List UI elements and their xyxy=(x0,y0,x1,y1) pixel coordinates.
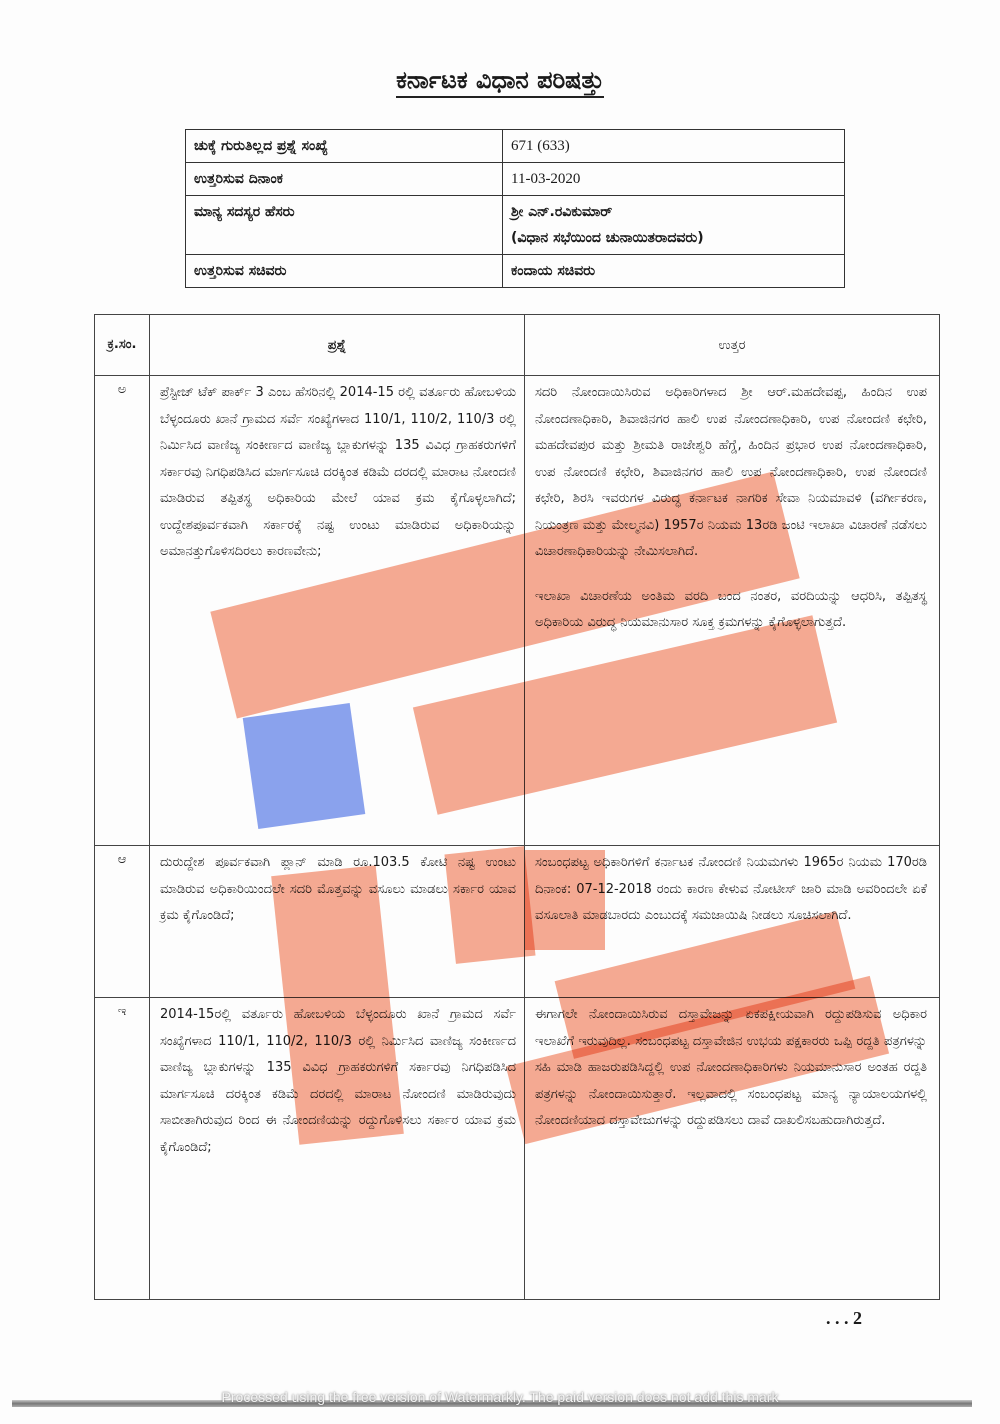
row-answer: ಸದರಿ ನೋಂದಾಯಿಸಿರುವ ಅಧಿಕಾರಿಗಳಾದ ಶ್ರೀ ಆರ್.ಮ… xyxy=(525,376,940,846)
page-continuation: . . . 2 xyxy=(826,1308,862,1329)
row-answer: ಸಂಬಂಧಪಟ್ಟ ಅಧಿಕಾರಿಗಳಿಗೆ ಕರ್ನಾಟಕ ನೋಂದಣಿ ನಿ… xyxy=(525,846,940,998)
table-header-row: ಕ್ರ.ಸಂ. ಪ್ರಶ್ನೆ ಉತ್ತರ xyxy=(95,315,940,376)
row-answer: ಈಗಾಗಲೇ ನೋಂದಾಯಿಸಿರುವ ದಸ್ತಾವೇಜನ್ನು ಏಕಪಕ್ಷೀ… xyxy=(525,998,940,1300)
header-answer: ಉತ್ತರ xyxy=(525,315,940,376)
row-serial: ಇ xyxy=(95,998,150,1300)
watermark-text: Processed using the free version of Wate… xyxy=(0,1389,1000,1405)
row-question: 2014-15ರಲ್ಲಿ ವರ್ತೂರು ಹೋಬಳಿಯ ಬೆಳ್ಳಂದೂರು ಖ… xyxy=(150,998,525,1300)
member-constituency: (ವಿಧಾನ ಸಭೆಯಿಂದ ಚುನಾಯಿತರಾದವರು) xyxy=(511,225,836,251)
answer-paragraph: ಸದರಿ ನೋಂದಾಯಿಸಿರುವ ಅಧಿಕಾರಿಗಳಾದ ಶ್ರೀ ಆರ್.ಮ… xyxy=(535,380,927,566)
meta-label: ಉತ್ತರಿಸುವ ದಿನಾಂಕ xyxy=(186,163,503,196)
meta-value: ಶ್ರೀ ಎನ್.ರವಿಕುಮಾರ್ (ವಿಧಾನ ಸಭೆಯಿಂದ ಚುನಾಯಿ… xyxy=(503,196,845,255)
meta-label: ಮಾನ್ಯ ಸದಸ್ಯರ ಹೆಸರು xyxy=(186,196,503,255)
meta-label: ಚುಕ್ಕೆ ಗುರುತಿಲ್ಲದ ಪ್ರಶ್ನೆ ಸಂಖ್ಯೆ xyxy=(186,130,503,163)
meta-label: ಉತ್ತರಿಸುವ ಸಚಿವರು xyxy=(186,255,503,288)
meta-row-member-name: ಮಾನ್ಯ ಸದಸ್ಯರ ಹೆಸರು ಶ್ರೀ ಎನ್.ರವಿಕುಮಾರ್ (ವ… xyxy=(186,196,845,255)
header-question: ಪ್ರಶ್ನೆ xyxy=(150,315,525,376)
meta-value: ಕಂದಾಯ ಸಚಿವರು xyxy=(503,255,845,288)
question-answer-table: ಕ್ರ.ಸಂ. ಪ್ರಶ್ನೆ ಉತ್ತರ ಅ ಪ್ರೆಸ್ಟೀಜ್ ಟೆಕ್ … xyxy=(94,314,940,1300)
header-serial: ಕ್ರ.ಸಂ. xyxy=(95,315,150,376)
table-row: ಇ 2014-15ರಲ್ಲಿ ವರ್ತೂರು ಹೋಬಳಿಯ ಬೆಳ್ಳಂದೂರು… xyxy=(95,998,940,1300)
table-row: ಅ ಪ್ರೆಸ್ಟೀಜ್ ಟೆಕ್ ಪಾರ್ಕ್ 3 ಎಂಬ ಹೆಸರಿನಲ್ಲ… xyxy=(95,376,940,846)
meta-row-question-number: ಚುಕ್ಕೆ ಗುರುತಿಲ್ಲದ ಪ್ರಶ್ನೆ ಸಂಖ್ಯೆ 671 (63… xyxy=(186,130,845,163)
page-title: ಕರ್ನಾಟಕ ವಿಧಾನ ಪರಿಷತ್ತು xyxy=(0,66,1000,94)
row-serial: ಆ xyxy=(95,846,150,998)
meta-row-answer-date: ಉತ್ತರಿಸುವ ದಿನಾಂಕ 11-03-2020 xyxy=(186,163,845,196)
member-name: ಶ್ರೀ ಎನ್.ರವಿಕುಮಾರ್ xyxy=(511,199,836,225)
meta-value: 11-03-2020 xyxy=(503,163,845,196)
question-meta-table: ಚುಕ್ಕೆ ಗುರುತಿಲ್ಲದ ಪ್ರಶ್ನೆ ಸಂಖ್ಯೆ 671 (63… xyxy=(185,129,845,288)
meta-row-minister: ಉತ್ತರಿಸುವ ಸಚಿವರು ಕಂದಾಯ ಸಚಿವರು xyxy=(186,255,845,288)
row-question: ದುರುದ್ದೇಶ ಪೂರ್ವಕವಾಗಿ ಪ್ಲಾನ್ ಮಾಡಿ ರೂ.103.… xyxy=(150,846,525,998)
table-row: ಆ ದುರುದ್ದೇಶ ಪೂರ್ವಕವಾಗಿ ಪ್ಲಾನ್ ಮಾಡಿ ರೂ.10… xyxy=(95,846,940,998)
answer-paragraph: ಇಲಾಖಾ ವಿಚಾರಣೆಯ ಅಂತಿಮ ವರದಿ ಬಂದ ನಂತರ, ವರದಿ… xyxy=(535,584,927,637)
row-serial: ಅ xyxy=(95,376,150,846)
row-question: ಪ್ರೆಸ್ಟೀಜ್ ಟೆಕ್ ಪಾರ್ಕ್ 3 ಎಂಬ ಹೆಸರಿನಲ್ಲಿ … xyxy=(150,376,525,846)
meta-value: 671 (633) xyxy=(503,130,845,163)
